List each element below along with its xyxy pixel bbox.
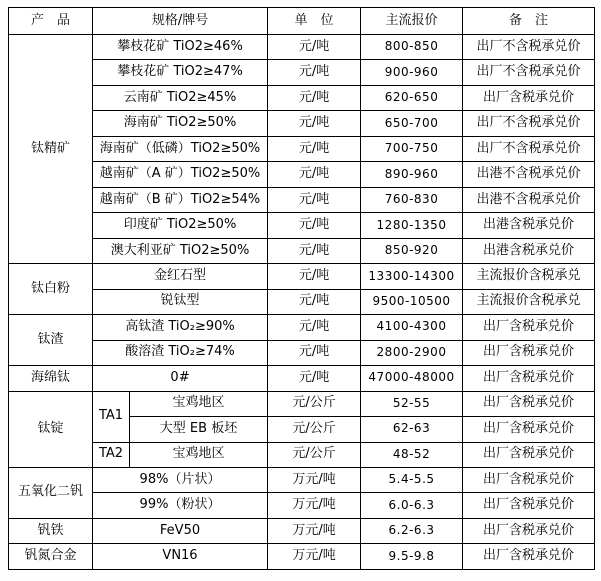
unit-cell: 元/吨	[268, 111, 361, 136]
table-row: 云南矿 TiO2≥45% 元/吨 620-650 出厂含税承兑价	[9, 85, 595, 110]
spec-cell: 宝鸡地区	[130, 391, 268, 416]
price-cell: 47000-48000	[361, 366, 463, 391]
product-group-cell: 钛锭	[9, 391, 93, 467]
unit-cell: 元/吨	[268, 162, 361, 187]
price-cell: 62-63	[361, 417, 463, 442]
grade-cell: TA2	[93, 442, 130, 467]
spec-cell: 金红石型	[93, 264, 268, 289]
unit-cell: 元/吨	[268, 35, 361, 60]
note-cell: 出厂不含税承兑价	[463, 111, 595, 136]
table-row: 五氧化二钒 98%（片状） 万元/吨 5.4-5.5 出厂含税承兑价	[9, 467, 595, 492]
unit-cell: 元/吨	[268, 136, 361, 161]
spec-cell: 大型 EB 板坯	[130, 417, 268, 442]
price-cell: 760-830	[361, 187, 463, 212]
header-product: 产 品	[9, 8, 93, 35]
spec-cell: 云南矿 TiO2≥45%	[93, 85, 268, 110]
note-cell: 出港不含税承兑价	[463, 162, 595, 187]
spec-cell: 0#	[93, 366, 268, 391]
table-row: 钛锭 TA1 宝鸡地区 元/公斤 52-55 出厂含税承兑价	[9, 391, 595, 416]
table-row: 钒氮合金 VN16 万元/吨 9.5-9.8 出厂含税承兑价	[9, 544, 595, 570]
price-cell: 1280-1350	[361, 213, 463, 238]
note-cell: 出厂含税承兑价	[463, 442, 595, 467]
table-row: 海南矿（低磷）TiO2≥50% 元/吨 700-750 出厂不含税承兑价	[9, 136, 595, 161]
unit-cell: 元/吨	[268, 60, 361, 85]
price-cell: 13300-14300	[361, 264, 463, 289]
unit-cell: 万元/吨	[268, 493, 361, 518]
spec-cell: 锐钛型	[93, 289, 268, 314]
unit-cell: 元/吨	[268, 315, 361, 340]
spec-cell: 攀枝花矿 TiO2≥47%	[93, 60, 268, 85]
note-cell: 出厂含税承兑价	[463, 340, 595, 365]
table-row: 越南矿（A 矿）TiO2≥50% 元/吨 890-960 出港不含税承兑价	[9, 162, 595, 187]
table-row: 锐钛型 元/吨 9500-10500 主流报价含税承兑	[9, 289, 595, 314]
note-cell: 出厂含税承兑价	[463, 518, 595, 543]
header-spec: 规格/牌号	[93, 8, 268, 35]
spec-cell: 高钛渣 TiO₂≥90%	[93, 315, 268, 340]
note-cell: 出厂含税承兑价	[463, 417, 595, 442]
unit-cell: 元/公斤	[268, 417, 361, 442]
unit-cell: 元/吨	[268, 366, 361, 391]
note-cell: 出厂不含税承兑价	[463, 35, 595, 60]
header-note: 备 注	[463, 8, 595, 35]
header-row: 产 品 规格/牌号 单 位 主流报价 备 注	[9, 8, 595, 35]
table-row: 印度矿 TiO2≥50% 元/吨 1280-1350 出港含税承兑价	[9, 213, 595, 238]
unit-cell: 元/吨	[268, 264, 361, 289]
unit-cell: 万元/吨	[268, 544, 361, 570]
product-group-cell: 钛精矿	[9, 35, 93, 264]
spec-cell: 宝鸡地区	[130, 442, 268, 467]
spec-cell: FeV50	[93, 518, 268, 543]
spec-cell: 海南矿 TiO2≥50%	[93, 111, 268, 136]
price-cell: 9.5-9.8	[361, 544, 463, 570]
price-cell: 650-700	[361, 111, 463, 136]
unit-cell: 万元/吨	[268, 518, 361, 543]
table-row: 越南矿（B 矿）TiO2≥54% 元/吨 760-830 出港不含税承兑价	[9, 187, 595, 212]
spec-cell: 99%（粉状）	[93, 493, 268, 518]
unit-cell: 元/吨	[268, 213, 361, 238]
table-row: 酸溶渣 TiO₂≥74% 元/吨 2800-2900 出厂含税承兑价	[9, 340, 595, 365]
table-row: 钒铁 FeV50 万元/吨 6.2-6.3 出厂含税承兑价	[9, 518, 595, 543]
spec-cell: 攀枝花矿 TiO2≥46%	[93, 35, 268, 60]
unit-cell: 元/吨	[268, 238, 361, 263]
unit-cell: 元/吨	[268, 85, 361, 110]
price-cell: 6.2-6.3	[361, 518, 463, 543]
table-row: 澳大利亚矿 TiO2≥50% 元/吨 850-920 出港含税承兑价	[9, 238, 595, 263]
table-row: 攀枝花矿 TiO2≥47% 元/吨 900-960 出厂不含税承兑价	[9, 60, 595, 85]
unit-cell: 万元/吨	[268, 467, 361, 492]
price-cell: 900-960	[361, 60, 463, 85]
table-row: 钛白粉 金红石型 元/吨 13300-14300 主流报价含税承兑	[9, 264, 595, 289]
price-cell: 9500-10500	[361, 289, 463, 314]
grade-cell: TA1	[93, 391, 130, 442]
price-cell: 52-55	[361, 391, 463, 416]
product-group-cell: 钒铁	[9, 518, 93, 543]
note-cell: 出厂含税承兑价	[463, 391, 595, 416]
price-cell: 890-960	[361, 162, 463, 187]
product-group-cell: 钛渣	[9, 315, 93, 366]
note-cell: 出港不含税承兑价	[463, 187, 595, 212]
note-cell: 出厂含税承兑价	[463, 544, 595, 570]
note-cell: 出厂含税承兑价	[463, 315, 595, 340]
price-cell: 850-920	[361, 238, 463, 263]
price-table: 产 品 规格/牌号 单 位 主流报价 备 注 钛精矿 攀枝花矿 TiO2≥46%…	[8, 7, 595, 570]
header-price: 主流报价	[361, 8, 463, 35]
product-group-cell: 钒氮合金	[9, 544, 93, 570]
spec-cell: 酸溶渣 TiO₂≥74%	[93, 340, 268, 365]
spec-cell: 澳大利亚矿 TiO2≥50%	[93, 238, 268, 263]
unit-cell: 元/公斤	[268, 391, 361, 416]
spec-cell: 海南矿（低磷）TiO2≥50%	[93, 136, 268, 161]
spec-cell: 印度矿 TiO2≥50%	[93, 213, 268, 238]
table-row: TA2 宝鸡地区 元/公斤 48-52 出厂含税承兑价	[9, 442, 595, 467]
header-unit: 单 位	[268, 8, 361, 35]
note-cell: 出厂含税承兑价	[463, 366, 595, 391]
note-cell: 出厂含税承兑价	[463, 85, 595, 110]
unit-cell: 元/吨	[268, 340, 361, 365]
spec-cell: 越南矿（A 矿）TiO2≥50%	[93, 162, 268, 187]
table-row: 99%（粉状） 万元/吨 6.0-6.3 出厂含税承兑价	[9, 493, 595, 518]
price-cell: 6.0-6.3	[361, 493, 463, 518]
price-cell: 5.4-5.5	[361, 467, 463, 492]
unit-cell: 元/公斤	[268, 442, 361, 467]
note-cell: 出厂含税承兑价	[463, 493, 595, 518]
note-cell: 出厂含税承兑价	[463, 467, 595, 492]
spec-cell: VN16	[93, 544, 268, 570]
table-row: 海南矿 TiO2≥50% 元/吨 650-700 出厂不含税承兑价	[9, 111, 595, 136]
table-row: 海绵钛 0# 元/吨 47000-48000 出厂含税承兑价	[9, 366, 595, 391]
unit-cell: 元/吨	[268, 289, 361, 314]
unit-cell: 元/吨	[268, 187, 361, 212]
price-cell: 4100-4300	[361, 315, 463, 340]
table-row: 钛渣 高钛渣 TiO₂≥90% 元/吨 4100-4300 出厂含税承兑价	[9, 315, 595, 340]
price-cell: 800-850	[361, 35, 463, 60]
note-cell: 出港含税承兑价	[463, 238, 595, 263]
table-row: 钛精矿 攀枝花矿 TiO2≥46% 元/吨 800-850 出厂不含税承兑价	[9, 35, 595, 60]
price-cell: 620-650	[361, 85, 463, 110]
price-cell: 700-750	[361, 136, 463, 161]
product-group-cell: 钛白粉	[9, 264, 93, 315]
price-cell: 48-52	[361, 442, 463, 467]
page-background: 产 品 规格/牌号 单 位 主流报价 备 注 钛精矿 攀枝花矿 TiO2≥46%…	[0, 0, 601, 581]
note-cell: 主流报价含税承兑	[463, 289, 595, 314]
note-cell: 主流报价含税承兑	[463, 264, 595, 289]
note-cell: 出厂不含税承兑价	[463, 60, 595, 85]
spec-cell: 98%（片状）	[93, 467, 268, 492]
price-cell: 2800-2900	[361, 340, 463, 365]
spec-cell: 越南矿（B 矿）TiO2≥54%	[93, 187, 268, 212]
note-cell: 出厂不含税承兑价	[463, 136, 595, 161]
note-cell: 出港含税承兑价	[463, 213, 595, 238]
product-group-cell: 五氧化二钒	[9, 467, 93, 518]
product-group-cell: 海绵钛	[9, 366, 93, 391]
